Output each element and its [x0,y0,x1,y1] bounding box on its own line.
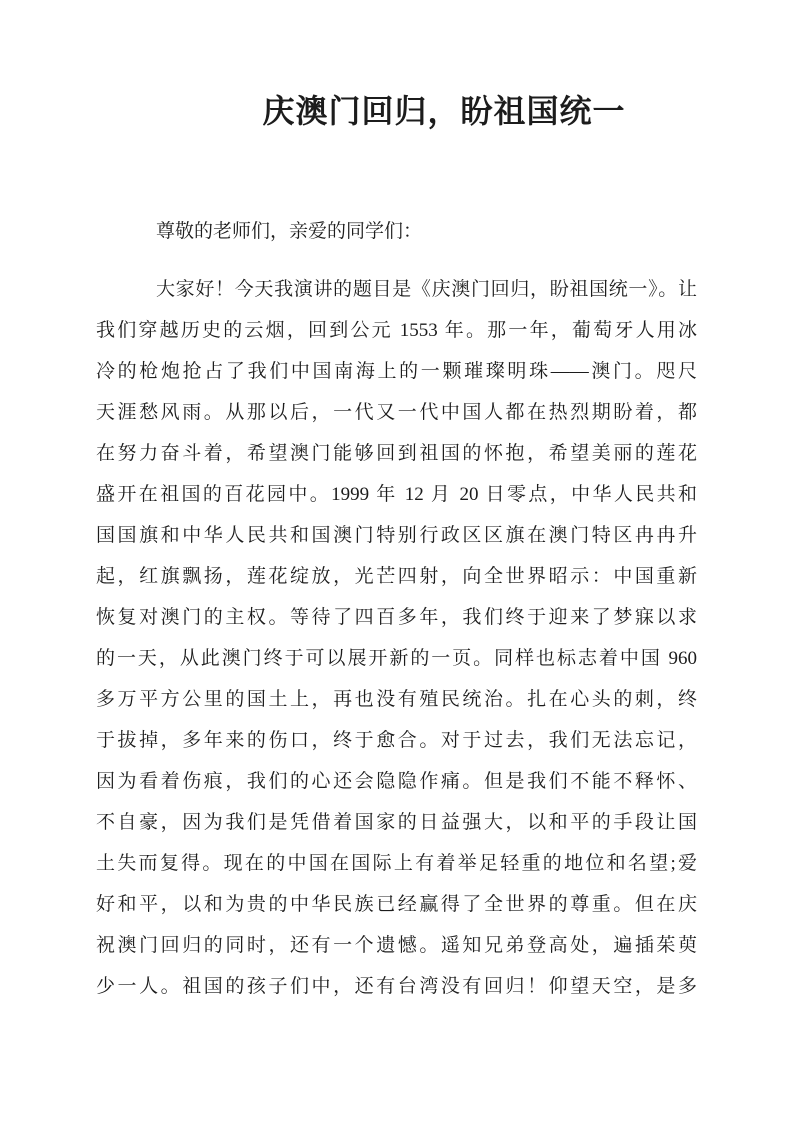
paragraph-line: 大家好！今天我演讲的题目是《庆澳门回归，盼祖国统一》。让 [96,269,697,310]
paragraph-line: 好和平，以和为贵的中华民族已经赢得了全世界的尊重。但在庆 [96,884,697,925]
paragraph-line: 于拔掉，多年来的伤口，终于愈合。对于过去，我们无法忘记， [96,720,697,761]
paragraph-line: 多万平方公里的国土上，再也没有殖民统治。扎在心头的刺，终 [96,679,697,720]
document-page: 庆澳门回归，盼祖国统一 尊敬的老师们，亲爱的同学们： 大家好！今天我演讲的题目是… [0,0,793,1122]
paragraph-line: 我们穿越历史的云烟，回到公元 1553 年。那一年，葡萄牙人用冰 [96,310,697,351]
paragraph-line: 在努力奋斗着，希望澳门能够回到祖国的怀抱，希望美丽的莲花 [96,433,697,474]
paragraph-line: 因为看着伤痕，我们的心还会隐隐作痛。但是我们不能不释怀、 [96,761,697,802]
salutation-line: 尊敬的老师们，亲爱的同学们： [96,211,697,252]
paragraph-line: 天涯愁风雨。从那以后，一代又一代中国人都在热烈期盼着，都 [96,392,697,433]
paragraph-line: 不自豪，因为我们是凭借着国家的日益强大，以和平的手段让国 [96,802,697,843]
paragraph-line: 祝澳门回归的同时，还有一个遗憾。遥知兄弟登高处，遍插茱萸 [96,925,697,966]
document-title: 庆澳门回归，盼祖国统一 [96,90,697,132]
body-paragraph: 大家好！今天我演讲的题目是《庆澳门回归，盼祖国统一》。让 我们穿越历史的云烟，回… [96,269,697,1007]
paragraph-line: 少一人。祖国的孩子们中，还有台湾没有回归！仰望天空，是多 [96,966,697,1007]
paragraph-line: 的一天，从此澳门终于可以展开新的一页。同样也标志着中国 960 [96,638,697,679]
paragraph-line: 盛开在祖国的百花园中。1999 年 12 月 20 日零点，中华人民共和 [96,474,697,515]
paragraph-line: 冷的枪炮抢占了我们中国南海上的一颗璀璨明珠——澳门。咫尺 [96,351,697,392]
paragraph-line: 起，红旗飘扬，莲花绽放，光芒四射，向全世界昭示：中国重新 [96,556,697,597]
paragraph-line: 恢复对澳门的主权。等待了四百多年，我们终于迎来了梦寐以求 [96,597,697,638]
text-block: 庆澳门回归，盼祖国统一 尊敬的老师们，亲爱的同学们： 大家好！今天我演讲的题目是… [0,0,793,1007]
paragraph-line: 国国旗和中华人民共和国澳门特别行政区区旗在澳门特区冉冉升 [96,515,697,556]
paragraph-line: 土失而复得。现在的中国在国际上有着举足轻重的地位和名望;爱 [96,843,697,884]
